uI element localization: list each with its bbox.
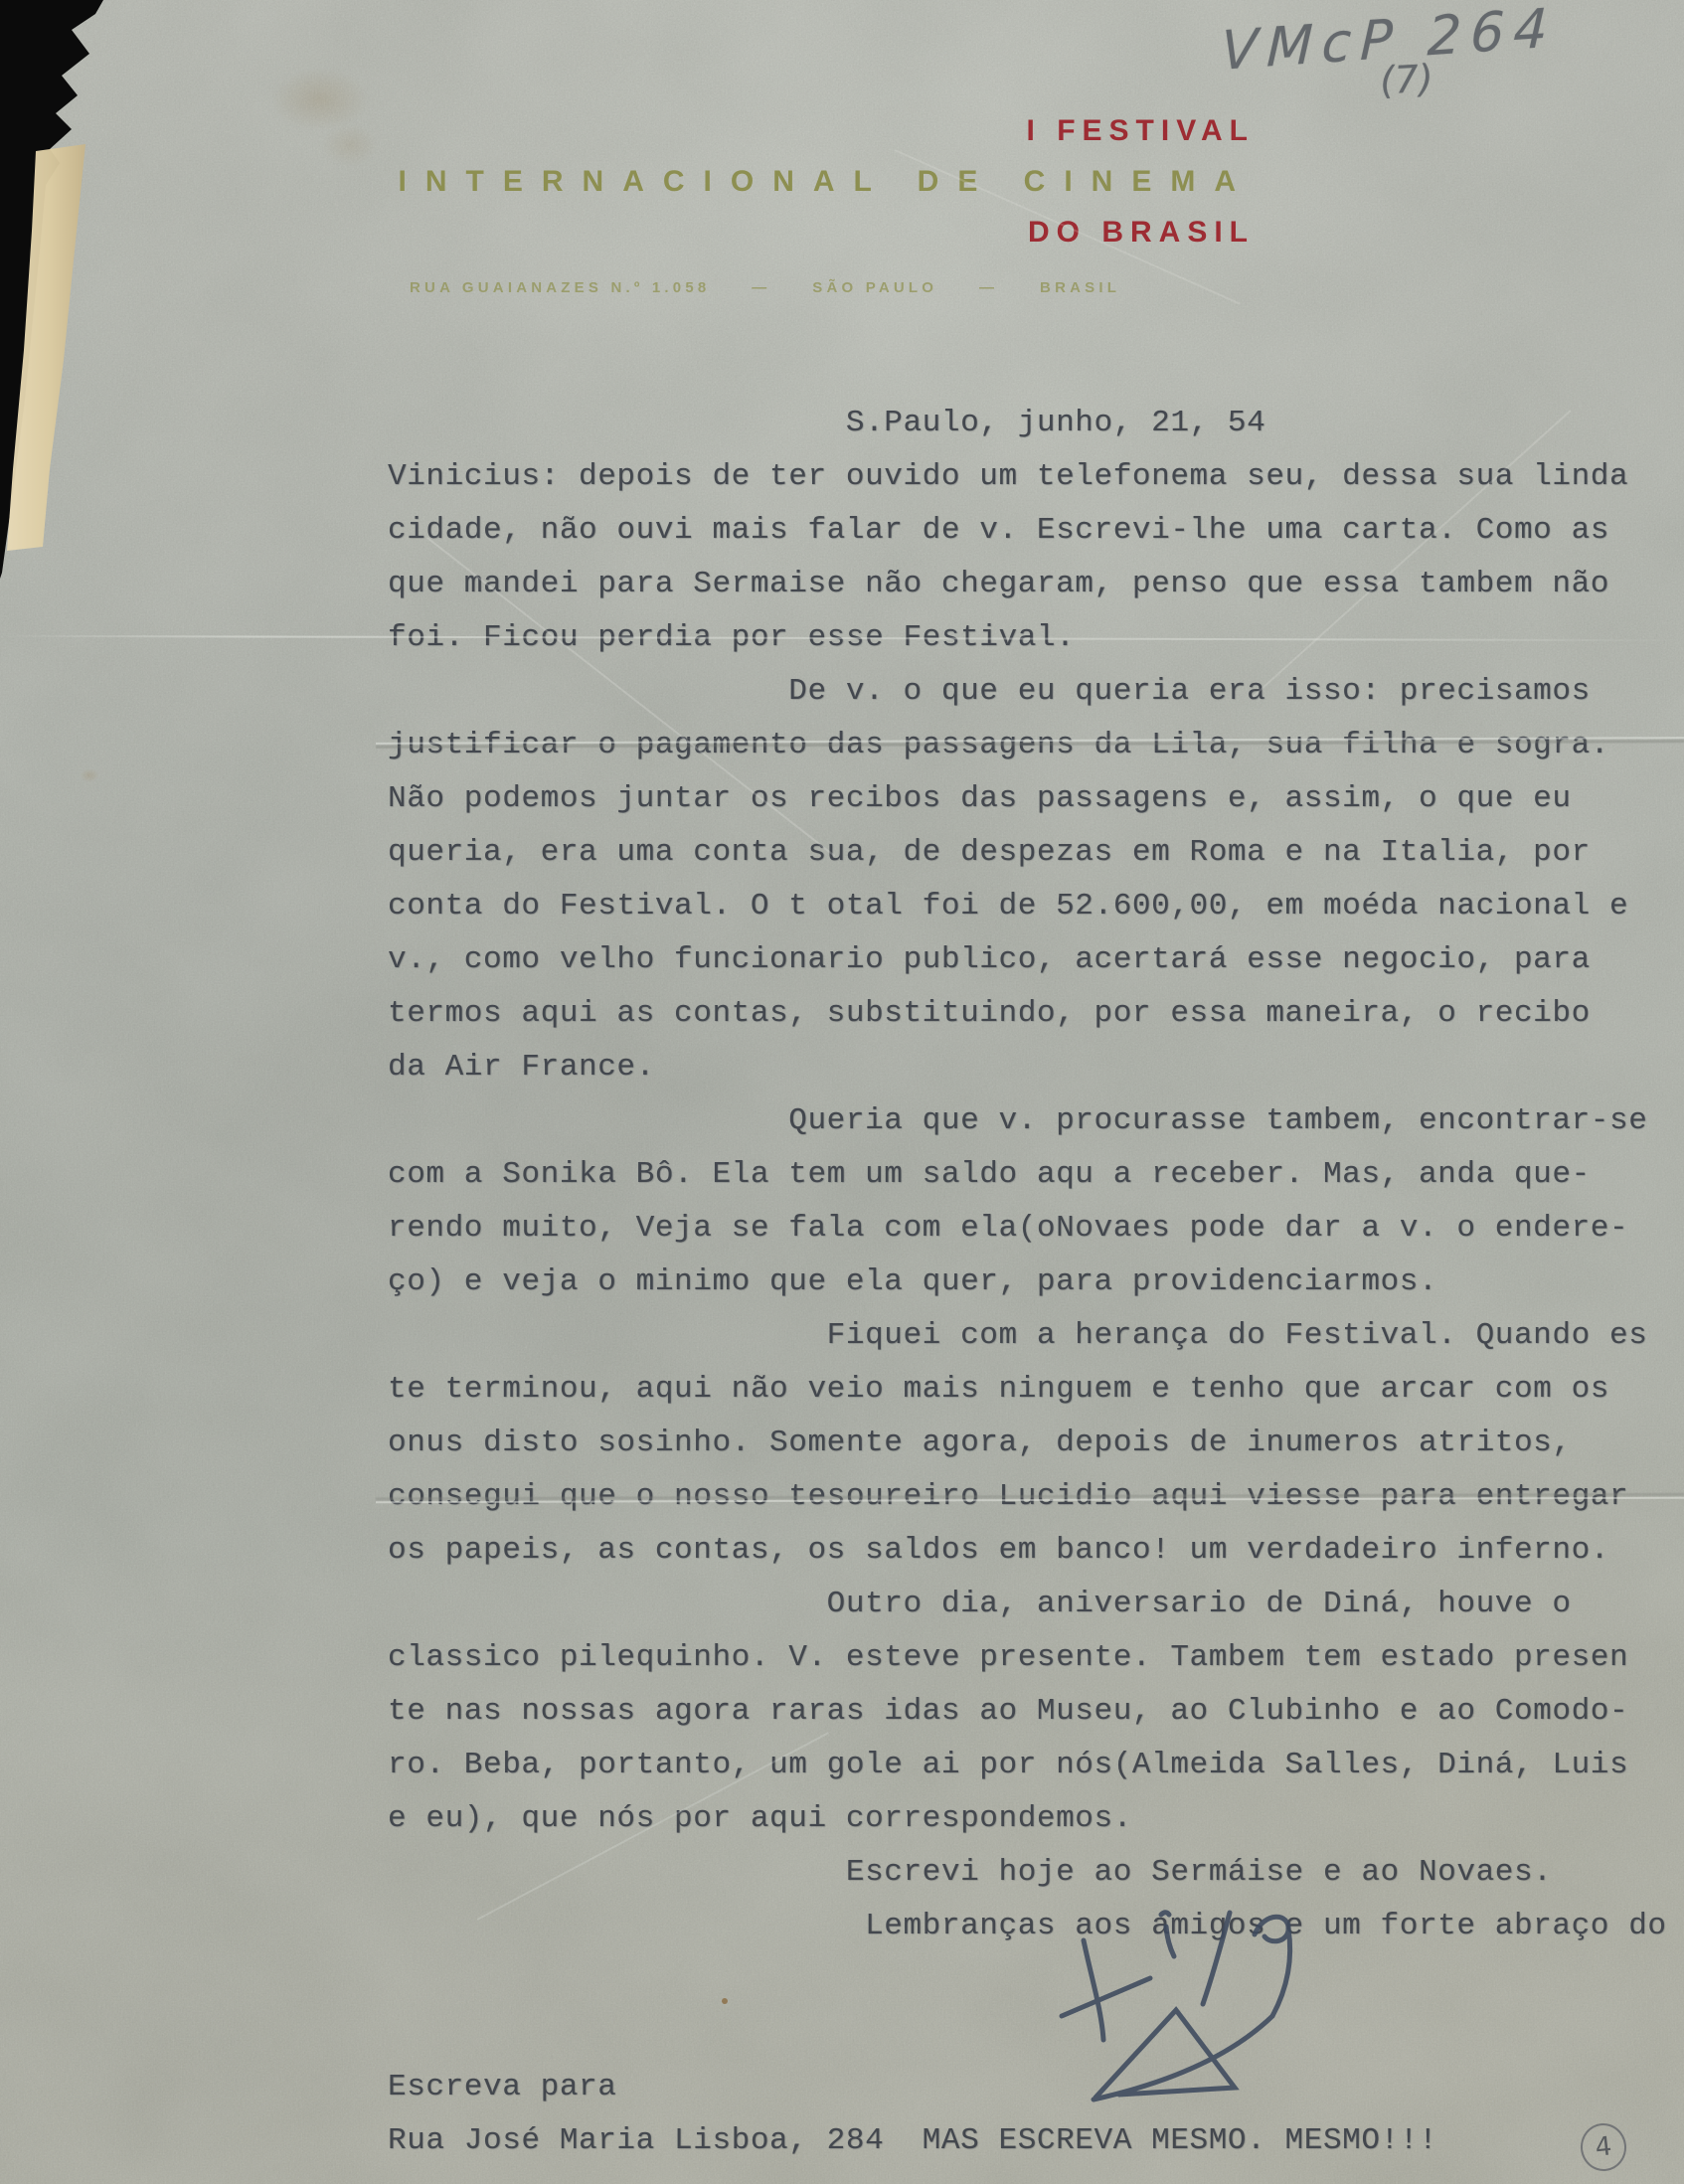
letter-line: De v. o que eu queria era isso: precisam… (388, 665, 1680, 719)
signature-scribble (1034, 1899, 1312, 2117)
pencil-archival-number: (7) (1379, 57, 1434, 103)
letter-line: que mandei para Sermaise não chegaram, p… (388, 558, 1680, 611)
letter-line: Queria que v. procurasse tambem, encontr… (388, 1094, 1680, 1148)
letter-line: v., como velho funcionario publico, acer… (388, 933, 1680, 987)
letter-line: te nas nossas agora raras idas ao Museu,… (388, 1685, 1680, 1739)
letter-line: rendo muito, Veja se fala com ela(oNovae… (388, 1202, 1680, 1256)
letter-line: Vinicius: depois de ter ouvido um telefo… (388, 450, 1680, 504)
letter-line: da Air France. (388, 1041, 1680, 1094)
letter-line: e eu), que nós por aqui correspondemos. (388, 1792, 1680, 1846)
letter-line: justificar o pagamento das passagens da … (388, 719, 1680, 772)
letter-line: consegui que o nosso tesoureiro Lucidio … (388, 1470, 1680, 1524)
letterhead-address: RUA GUAIANAZES N.º 1.058 — SÃO PAULO — B… (410, 279, 1120, 296)
letter-line: Outro dia, aniversario de Diná, houve o (388, 1578, 1680, 1631)
pencil-page-number-value: 4 (1594, 2131, 1613, 2163)
letter-line: os papeis, as contas, os saldos em banco… (388, 1524, 1680, 1578)
letter-line: Não podemos juntar os recibos das passag… (388, 772, 1680, 826)
letterhead-title-line1: I FESTIVAL (399, 105, 1255, 156)
letter-line: Rua José Maria Lisboa, 284 MAS ESCREVA M… (388, 2114, 1680, 2168)
letterhead-title-line3: DO BRASIL (399, 207, 1255, 257)
letterhead-title-line2: INTERNACIONAL DE CINEMA (399, 156, 1255, 207)
torn-paper-edge (0, 0, 179, 636)
letter-line: com a Sonika Bô. Ela tem um saldo aqu a … (388, 1148, 1680, 1202)
letter-line: classico pilequinho. V. esteve presente.… (388, 1631, 1680, 1685)
letter-line: conta do Festival. O t otal foi de 52.60… (388, 880, 1680, 933)
letter-line: queria, era uma conta sua, de despezas e… (388, 826, 1680, 880)
scanned-letter-page: VMcP 264 (7) I FESTIVAL INTERNACIONAL DE… (0, 0, 1684, 2184)
ink-speck (722, 1998, 728, 2004)
letter-line: foi. Ficou perdia por esse Festival. (388, 611, 1680, 665)
letter-line: Escrevi hoje ao Sermáise e ao Novaes. (388, 1846, 1680, 1900)
letter-line: ro. Beba, portanto, um gole ai por nós(A… (388, 1739, 1680, 1792)
letter-line: onus disto sosinho. Somente agora, depoi… (388, 1417, 1680, 1470)
letter-line: S.Paulo, junho, 21, 54 (388, 397, 1680, 450)
letter-line: Fiquei com a herança do Festival. Quando… (388, 1309, 1680, 1363)
letter-line: termos aqui as contas, substituindo, por… (388, 987, 1680, 1041)
letter-line: ço) e veja o minimo que ela quer, para p… (388, 1256, 1680, 1309)
letter-line: te terminou, aqui não veio mais ninguem … (388, 1363, 1680, 1417)
letter-line: cidade, não ouvi mais falar de v. Escrev… (388, 504, 1680, 558)
letterhead: I FESTIVAL INTERNACIONAL DE CINEMA DO BR… (399, 105, 1255, 257)
